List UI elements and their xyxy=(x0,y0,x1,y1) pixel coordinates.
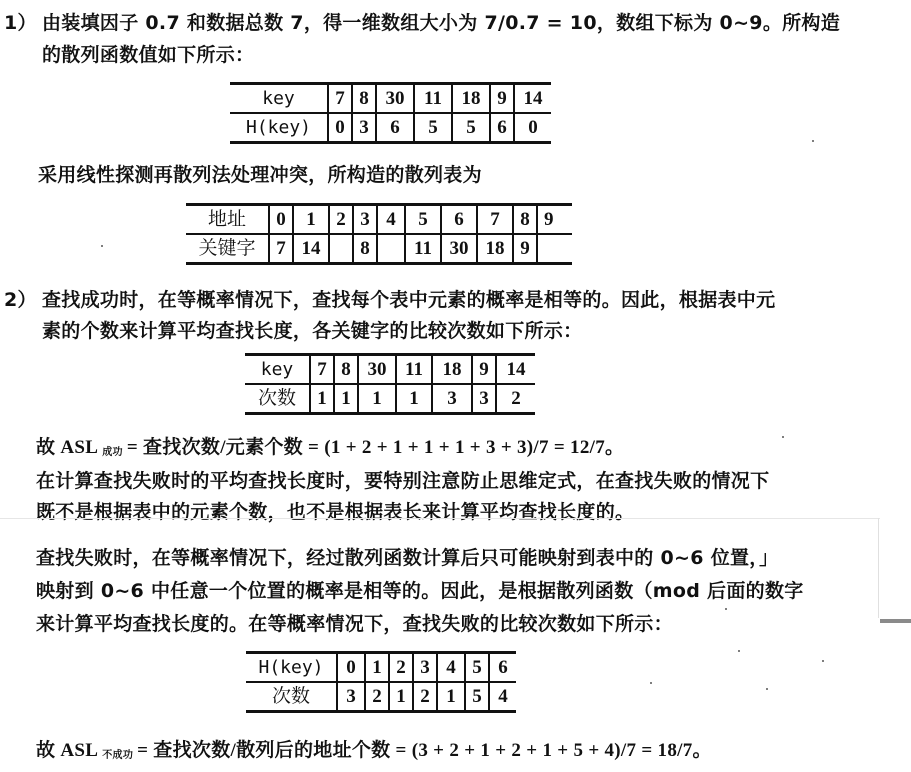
table-cell: 7 xyxy=(269,234,293,264)
table-cell: 8 xyxy=(513,205,537,235)
section2-text1: 查找成功时，在等概率情况下，查找每个表中元素的概率是相等的。因此，根据表中元 xyxy=(42,289,775,311)
table-cell: 1 xyxy=(358,384,396,414)
scan-edge-mark xyxy=(880,619,911,623)
table-cell xyxy=(377,234,405,264)
table-cell: 1 xyxy=(334,384,358,414)
scan-seam-vertical xyxy=(878,518,879,618)
table-row-count: 次数 3 2 1 2 1 5 4 xyxy=(246,682,516,712)
table-cell: 0 xyxy=(269,205,293,235)
asl-subscript: 成功 xyxy=(102,447,123,458)
row-header: key xyxy=(230,84,328,114)
table-cell: 14 xyxy=(514,84,551,114)
table-row-hkey: H(key) 0 3 6 5 5 6 0 xyxy=(230,113,551,143)
table-cell: 1 xyxy=(365,653,389,683)
section2-number: 2） xyxy=(4,285,42,312)
fail-line3: 来计算平均查找长度的。在等概率情况下，查找失败的比较次数如下所示： xyxy=(36,609,673,636)
scan-speck xyxy=(822,660,824,662)
fail-line2: 映射到 0~6 中任意一个位置的概率是相等的。因此，是根据散列函数（mod 后面… xyxy=(36,576,804,603)
table-cell: 2 xyxy=(329,205,353,235)
table-cell: 7 xyxy=(310,355,334,385)
table-cell: 5 xyxy=(465,653,489,683)
table-cell xyxy=(537,234,572,264)
section1-number: 1） xyxy=(4,8,42,35)
table-cell: 14 xyxy=(293,234,329,264)
table-cell: 7 xyxy=(477,205,513,235)
scan-speck xyxy=(650,682,652,684)
table-cell: 2 xyxy=(496,384,535,414)
section2-line1: 2）查找成功时，在等概率情况下，查找每个表中元素的概率是相等的。因此，根据表中元 xyxy=(4,285,775,312)
table-cell: 1 xyxy=(396,384,432,414)
table-cell: 2 xyxy=(365,682,389,712)
table-cell: 5 xyxy=(414,113,452,143)
table-cell xyxy=(329,234,353,264)
table-cell: 18 xyxy=(477,234,513,264)
table-row-key: key 7 8 30 11 18 9 14 xyxy=(245,355,535,385)
table-cell: 18 xyxy=(432,355,472,385)
table-cell: 5 xyxy=(405,205,441,235)
table-cell: 6 xyxy=(441,205,477,235)
scan-seam xyxy=(0,518,880,519)
table-row-address: 地址 0 1 2 3 4 5 6 7 8 9 xyxy=(186,205,572,235)
row-header: 次数 xyxy=(245,384,310,414)
row-header: H(key) xyxy=(230,113,328,143)
hash-result-table: 地址 0 1 2 3 4 5 6 7 8 9 关键字 7 14 8 11 30 … xyxy=(186,203,572,265)
table-cell: 9 xyxy=(472,355,496,385)
table-cell: 4 xyxy=(377,205,405,235)
section1-line2: 的散列函数值如下所示： xyxy=(42,40,254,67)
table-cell: 8 xyxy=(353,234,377,264)
scan-speck xyxy=(738,650,740,652)
fail-count-table: H(key) 0 1 2 3 4 5 6 次数 3 2 1 2 1 5 4 xyxy=(246,651,516,713)
table-cell: 9 xyxy=(490,84,514,114)
table-cell: 3 xyxy=(413,653,437,683)
table-cell: 0 xyxy=(337,653,365,683)
table-row-key: key 7 8 30 11 18 9 14 xyxy=(230,84,551,114)
table-cell: 4 xyxy=(437,653,465,683)
table-cell: 5 xyxy=(452,113,490,143)
table-row-count: 次数 1 1 1 1 3 3 2 xyxy=(245,384,535,414)
section2-line2: 素的个数来计算平均查找长度，各关键字的比较次数如下所示： xyxy=(42,316,582,343)
row-header: 次数 xyxy=(246,682,337,712)
table-cell: 4 xyxy=(489,682,516,712)
table-cell: 7 xyxy=(328,84,352,114)
table-cell: 30 xyxy=(376,84,414,114)
asl-success-formula: 故 ASL成功= 查找次数/元素个数 = (1 + 2 + 1 + 1 + 1 … xyxy=(36,432,624,459)
table-cell: 11 xyxy=(414,84,452,114)
hash-function-table: key 7 8 30 11 18 9 14 H(key) 0 3 6 5 5 6… xyxy=(230,82,551,144)
success-count-table: key 7 8 30 11 18 9 14 次数 1 1 1 1 3 3 2 xyxy=(245,353,535,415)
asl-label: 故 ASL xyxy=(36,740,98,761)
table-cell: 11 xyxy=(396,355,432,385)
row-header: H(key) xyxy=(246,653,337,683)
table-cell: 1 xyxy=(437,682,465,712)
section1-text1: 由装填因子 0.7 和数据总数 7，得一维数组大小为 7/0.7 = 10，数组… xyxy=(42,12,840,34)
row-header: 关键字 xyxy=(186,234,269,264)
table-cell: 3 xyxy=(472,384,496,414)
scan-speck xyxy=(812,140,814,142)
table-cell: 30 xyxy=(441,234,477,264)
scan-speck xyxy=(725,608,727,610)
asl-formula: = 查找次数/元素个数 = (1 + 2 + 1 + 1 + 1 + 3 + 3… xyxy=(127,437,624,458)
table-cell: 9 xyxy=(513,234,537,264)
row-header: key xyxy=(245,355,310,385)
probe-text: 采用线性探测再散列法处理冲突，所构造的散列表为 xyxy=(38,160,482,187)
table-cell: 2 xyxy=(389,653,413,683)
table-cell: 1 xyxy=(293,205,329,235)
table-row-hkey: H(key) 0 1 2 3 4 5 6 xyxy=(246,653,516,683)
table-cell: 5 xyxy=(465,682,489,712)
scan-speck xyxy=(101,245,103,247)
table-cell: 1 xyxy=(310,384,334,414)
table-cell: 0 xyxy=(328,113,352,143)
scan-speck xyxy=(782,436,784,438)
table-cell: 11 xyxy=(405,234,441,264)
table-cell: 2 xyxy=(413,682,437,712)
table-cell: 3 xyxy=(337,682,365,712)
asl-formula: = 查找次数/散列后的地址个数 = (3 + 2 + 1 + 2 + 1 + 5… xyxy=(137,740,712,761)
table-row-keys: 关键字 7 14 8 11 30 18 9 xyxy=(186,234,572,264)
table-cell: 6 xyxy=(490,113,514,143)
section1-line1: 1）由装填因子 0.7 和数据总数 7，得一维数组大小为 7/0.7 = 10，… xyxy=(4,8,840,35)
table-cell: 14 xyxy=(496,355,535,385)
table-cell: 18 xyxy=(452,84,490,114)
table-cell: 8 xyxy=(352,84,376,114)
scan-speck xyxy=(766,688,768,690)
table-cell: 8 xyxy=(334,355,358,385)
table-cell: 3 xyxy=(432,384,472,414)
asl-subscript: 不成功 xyxy=(102,750,133,761)
table-cell: 6 xyxy=(489,653,516,683)
asl-label: 故 ASL xyxy=(36,437,98,458)
table-cell: 1 xyxy=(389,682,413,712)
table-cell: 6 xyxy=(376,113,414,143)
note-line2: 既不是根据表中的元素个数，也不是根据表长来计算平均查找长度的。 xyxy=(36,497,634,524)
table-cell: 3 xyxy=(353,205,377,235)
asl-fail-formula: 故 ASL不成功= 查找次数/散列后的地址个数 = (3 + 2 + 1 + 2… xyxy=(36,735,712,762)
note-line1: 在计算查找失败时的平均查找长度时，要特别注意防止思维定式，在查找失败的情况下 xyxy=(36,466,769,493)
table-cell: 30 xyxy=(358,355,396,385)
fail-line1: 查找失败时，在等概率情况下，经过散列函数计算后只可能映射到表中的 0~6 位置，… xyxy=(36,543,778,570)
table-cell: 3 xyxy=(352,113,376,143)
scanned-page: 1）由装填因子 0.7 和数据总数 7，得一维数组大小为 7/0.7 = 10，… xyxy=(0,0,911,772)
row-header: 地址 xyxy=(186,205,269,235)
table-cell: 0 xyxy=(514,113,551,143)
table-cell: 9 xyxy=(537,205,572,235)
